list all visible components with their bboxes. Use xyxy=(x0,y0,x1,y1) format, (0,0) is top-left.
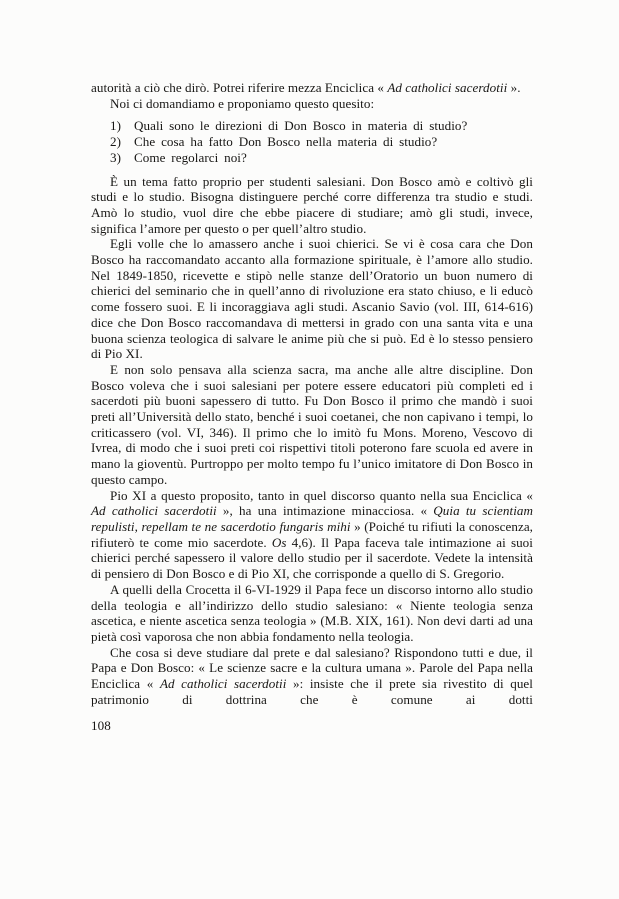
text-run: ». xyxy=(507,80,520,95)
paragraph: autorità a ciò che dirò. Potrei riferire… xyxy=(91,80,533,96)
text-run: Come regolarci noi? xyxy=(134,150,247,165)
paragraph: Che cosa si deve studiare dal prete e da… xyxy=(91,645,533,708)
page-number: 108 xyxy=(91,718,533,734)
text-run: Che cosa ha fatto Don Bosco nella materi… xyxy=(134,134,437,149)
paragraph: Noi ci domandiamo e proponiamo questo qu… xyxy=(91,96,533,112)
italic-text-run: Ad catholici sacerdotii xyxy=(91,503,217,518)
text-run: È un tema fatto proprio per studenti sal… xyxy=(91,174,533,236)
paragraph: E non solo pensava alla scienza sacra, m… xyxy=(91,362,533,488)
list-item: 2)Che cosa ha fatto Don Bosco nella mate… xyxy=(110,134,533,150)
text-block: autorità a ciò che dirò. Potrei riferire… xyxy=(91,80,533,707)
text-run: Quali sono le direzioni di Don Bosco in … xyxy=(134,118,467,133)
text-run: A quelli della Crocetta il 6-VI-1929 il … xyxy=(91,582,533,644)
list-number: 2) xyxy=(110,134,134,150)
list-number: 3) xyxy=(110,150,134,166)
italic-text-run: Ad catholici sacerdotii xyxy=(387,80,507,95)
paragraph: Pio XI a questo proposito, tanto in quel… xyxy=(91,488,533,582)
paragraph: Egli volle che lo amassero anche i suoi … xyxy=(91,236,533,362)
paragraph: È un tema fatto proprio per studenti sal… xyxy=(91,174,533,237)
text-column: autorità a ciò che dirò. Potrei riferire… xyxy=(91,80,533,734)
italic-text-run: Os xyxy=(272,535,287,550)
text-run: », ha una intimazione minacciosa. « xyxy=(217,503,434,518)
list-item: 3)Come regolarci noi? xyxy=(110,150,533,166)
text-run: Pio XI a questo proposito, tanto in quel… xyxy=(110,488,533,503)
paragraph: A quelli della Crocetta il 6-VI-1929 il … xyxy=(91,582,533,645)
text-run: E non solo pensava alla scienza sacra, m… xyxy=(91,362,533,487)
text-run: Egli volle che lo amassero anche i suoi … xyxy=(91,236,533,361)
text-run: Noi ci domandiamo e proponiamo questo qu… xyxy=(110,96,374,111)
book-page: autorità a ciò che dirò. Potrei riferire… xyxy=(0,0,619,899)
text-run: autorità a ciò che dirò. Potrei riferire… xyxy=(91,80,387,95)
list-item: 1)Quali sono le direzioni di Don Bosco i… xyxy=(110,118,533,134)
list-number: 1) xyxy=(110,118,134,134)
italic-text-run: Ad catholici sacerdotii xyxy=(160,676,286,691)
